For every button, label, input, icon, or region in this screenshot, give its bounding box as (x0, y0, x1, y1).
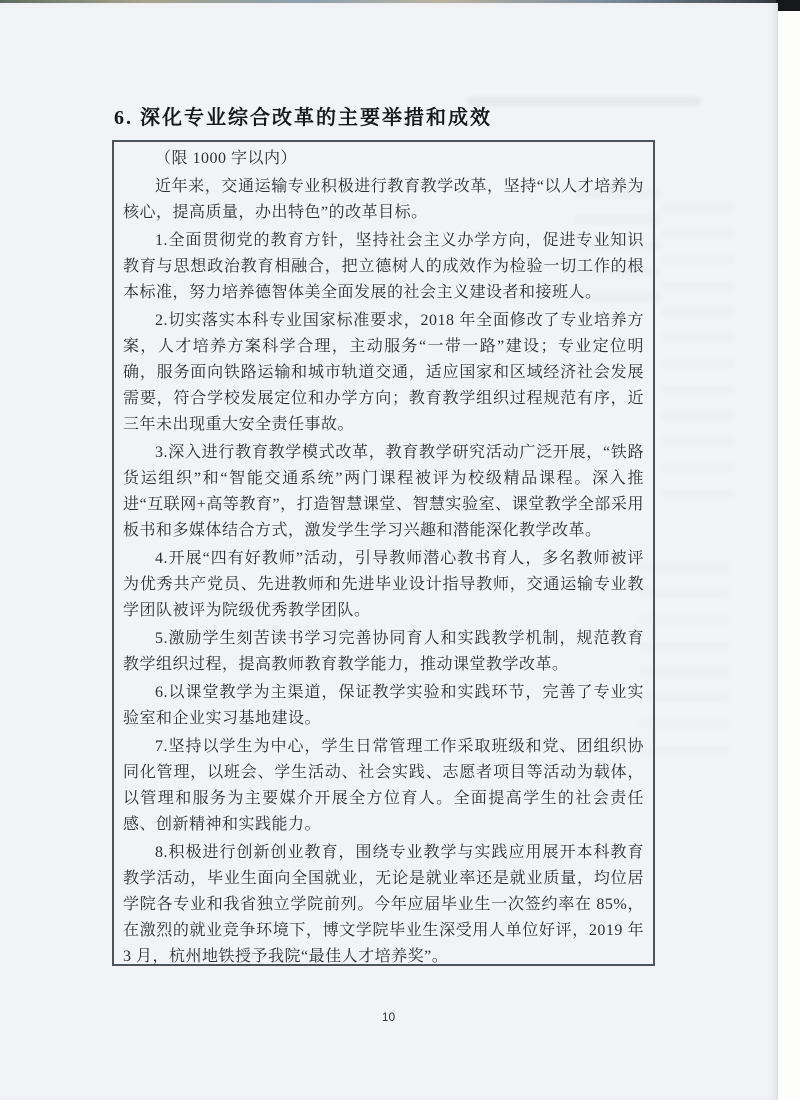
scanner-corner-artifact (776, 0, 800, 11)
answer-paragraph: 2.切实落实本科专业国家标准要求，2018 年全面修改了专业培养方案，人才培养方… (123, 308, 644, 438)
char-limit-note: （限 1000 字以内） (123, 146, 644, 172)
answer-paragraph: 7.坚持以学生为中心，学生日常管理工作采取班级和党、团组织协同化管理，以班会、学… (123, 734, 644, 838)
section-title: 6. 深化专业综合改革的主要举措和成效 (114, 101, 492, 130)
answer-paragraph: 5.激励学生刻苦读书学习完善协同育人和实践教学机制，规范教育教学组织过程，提高教… (123, 626, 644, 678)
answer-paragraph: 8.积极进行创新创业教育，围绕专业教学与实践应用展开本科教育教学活动，毕业生面向… (123, 840, 644, 970)
answer-paragraph: 4.开展“四有好教师”活动，引导教师潜心教书育人，多名教师被评为优秀共产党员、先… (123, 546, 644, 624)
answer-box: （限 1000 字以内） 近年来，交通运输专业积极进行教育教学改革，坚持“以人才… (112, 140, 655, 966)
bleed-through-smudge (468, 97, 700, 115)
bleed-through-smudge (662, 203, 734, 503)
answer-paragraph: 3.深入进行教育教学模式改革，教育教学研究活动广泛开展，“铁路货运组织”和“智能… (123, 440, 644, 544)
answer-paragraph: 1.全面贯彻党的教育方针，坚持社会主义办学方向，促进专业知识教育与思想政治教育相… (123, 228, 644, 306)
page-number: 10 (0, 1010, 777, 1024)
document-page: 6. 深化专业综合改革的主要举措和成效 （限 1000 字以内） 近年来，交通运… (0, 3, 778, 1100)
answer-paragraph: 6.以课堂教学为主渠道，保证教学实验和实践环节，完善了专业实验室和企业实习基地建… (123, 680, 644, 732)
answer-paragraph: 近年来，交通运输专业积极进行教育教学改革，坚持“以人才培养为核心，提高质量，办出… (123, 174, 644, 226)
